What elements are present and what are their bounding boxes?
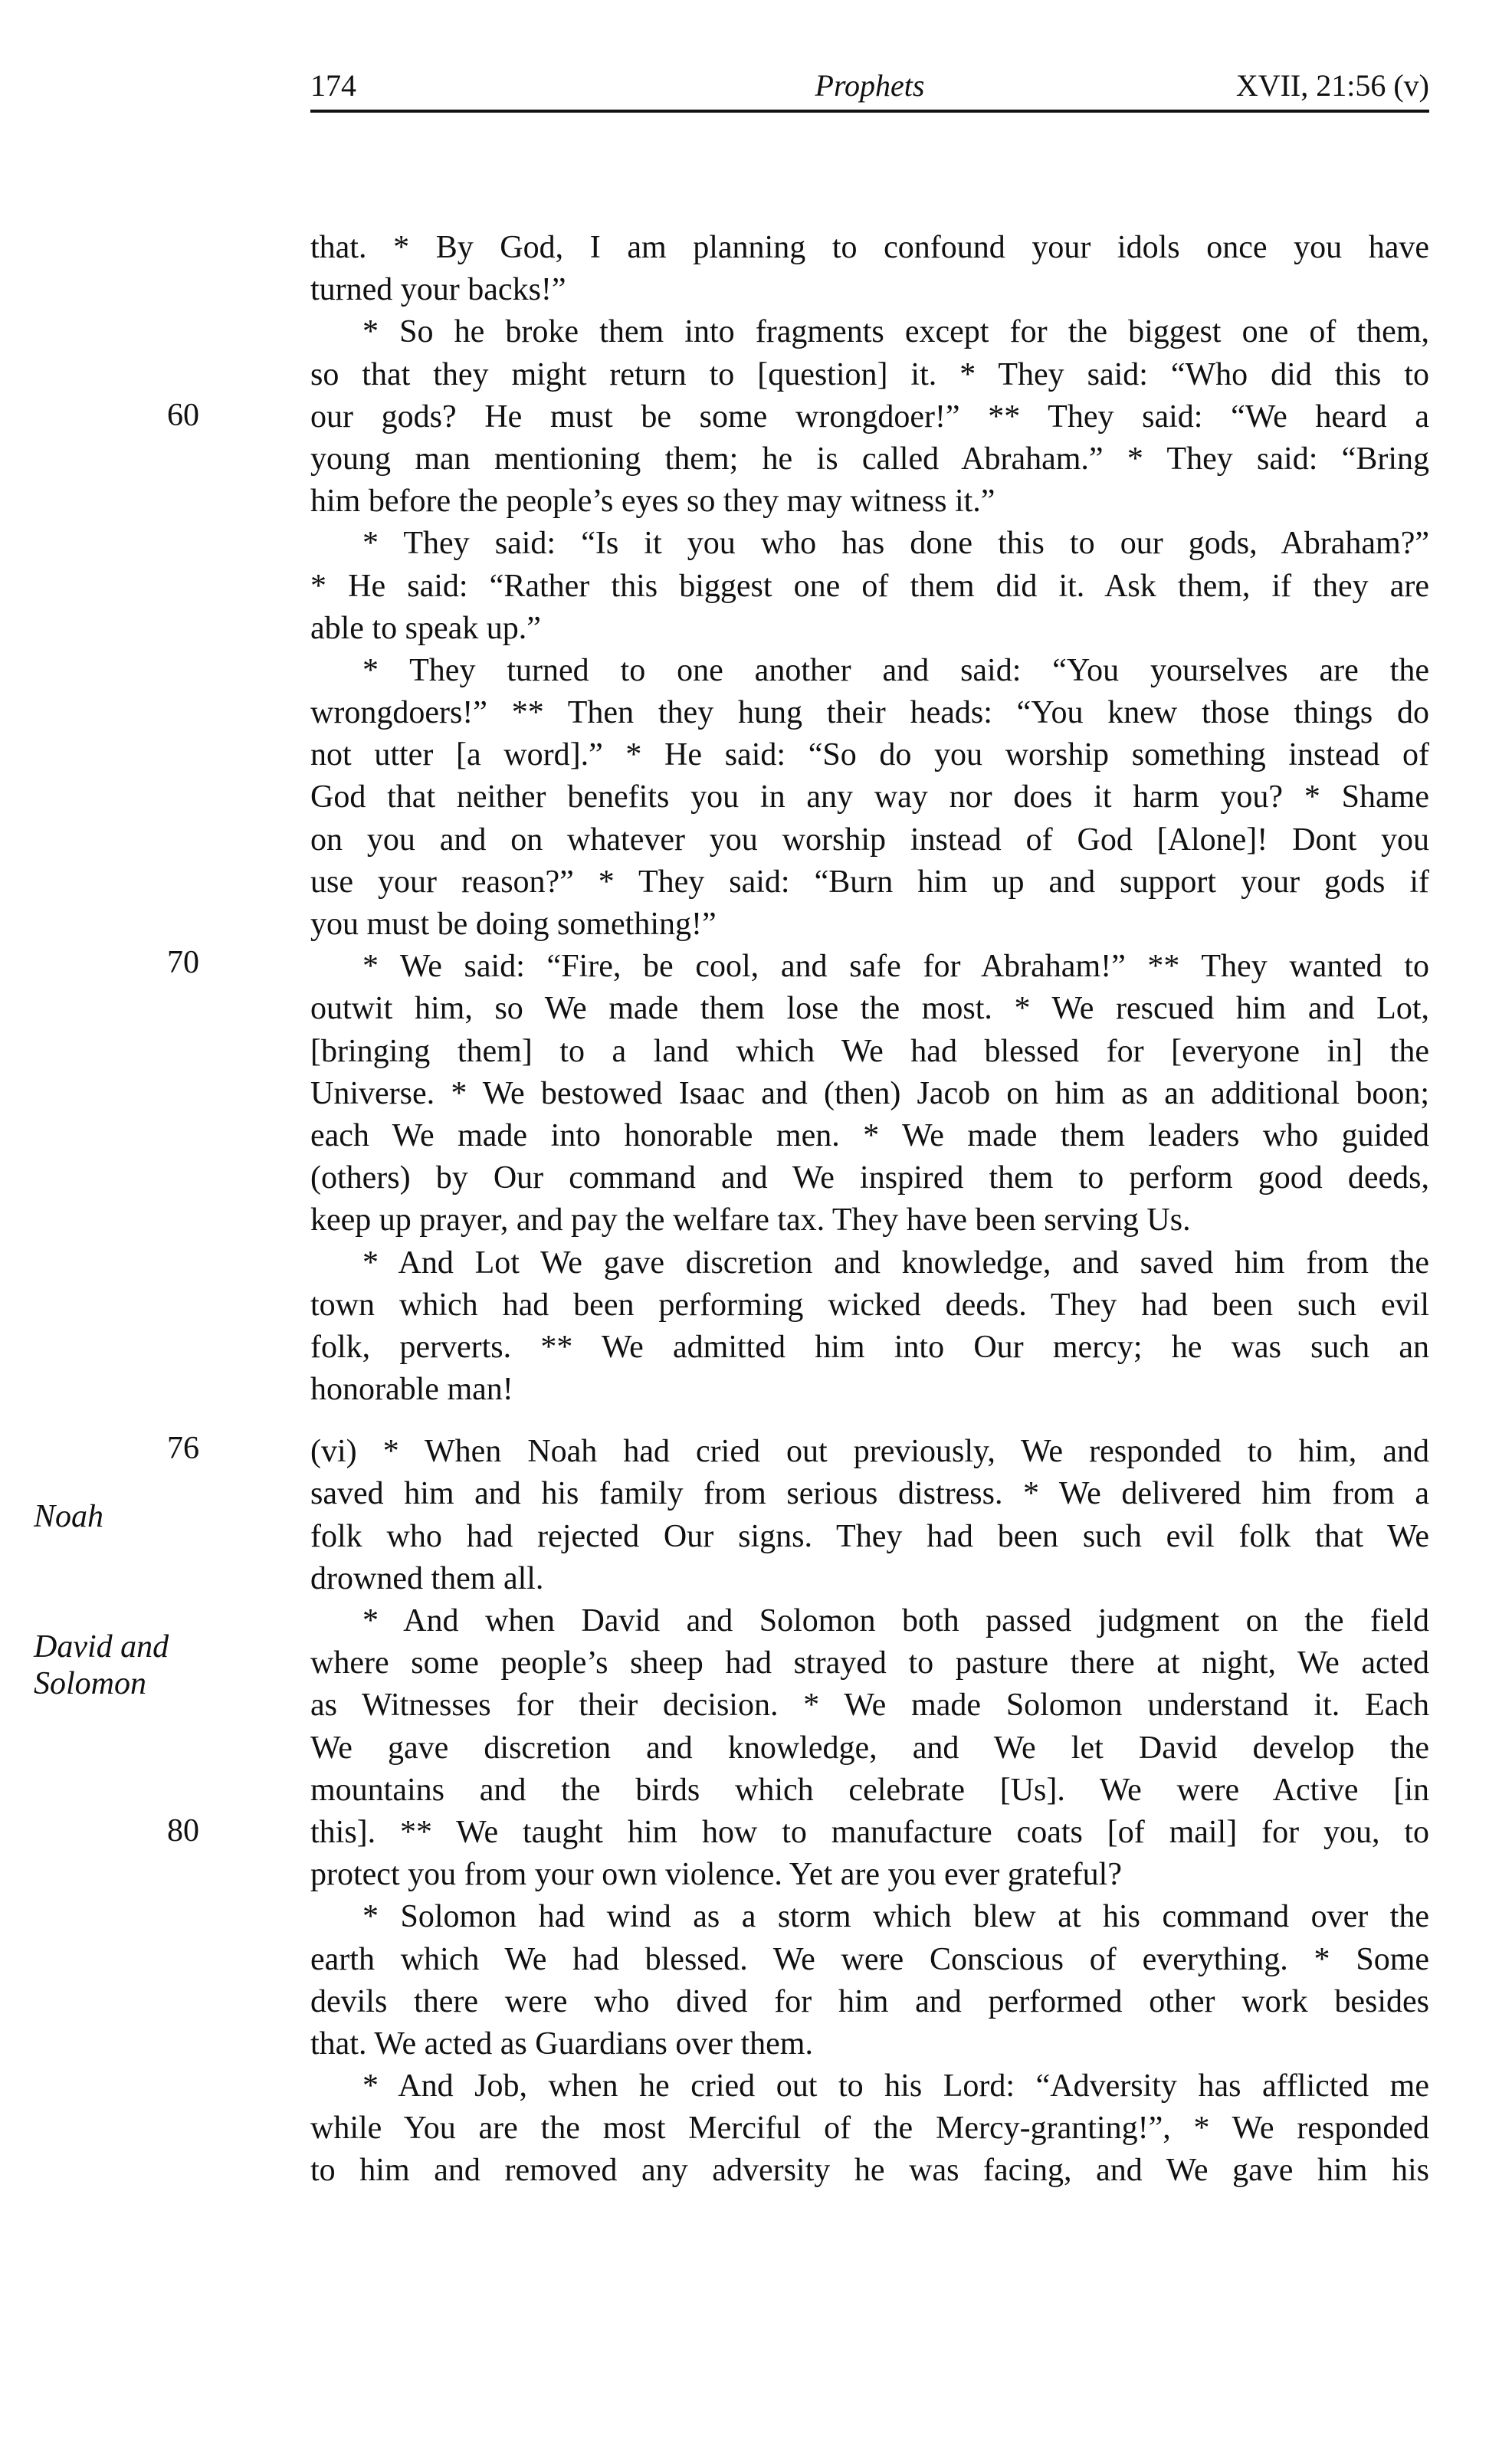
text-line: this]. ** We taught him how to manufactu… [310, 1812, 1429, 1854]
chapter-reference: XVII, 21:56 (v) [1236, 63, 1429, 109]
text-line: drowned them all. [310, 1558, 1429, 1600]
text-line: on you and on whatever you worship inste… [310, 819, 1429, 861]
text-line: keep up prayer, and pay the welfare tax.… [310, 1199, 1429, 1242]
page-number: 174 [310, 63, 356, 109]
text-line: * And Lot We gave discretion and knowled… [310, 1242, 1429, 1284]
text-line: earth which We had blessed. We were Cons… [310, 1939, 1429, 1981]
text-line: * So he broke them into fragments except… [310, 311, 1429, 353]
text-line: as Witnesses for their decision. * We ma… [310, 1684, 1429, 1727]
section-gap [310, 1411, 1429, 1431]
text-line: outwit him, so We made them lose the mos… [310, 988, 1429, 1030]
text-line: turned your backs!” [310, 269, 1429, 311]
text-line: not utter [a word].” * He said: “So do y… [310, 734, 1429, 776]
text-line: * He said: “Rather this biggest one of t… [310, 566, 1429, 608]
text-line: our gods? He must be some wrongdoer!” **… [310, 396, 1429, 438]
text-line: God that neither benefits you in any way… [310, 776, 1429, 818]
running-header: Prophets 174 XVII, 21:56 (v) [310, 63, 1429, 109]
text-line: while You are the most Merciful of the M… [310, 2108, 1429, 2150]
margin-note-solomon: Solomon [34, 1665, 146, 1702]
text-line: Universe. * We bestowed Isaac and (then)… [310, 1073, 1429, 1115]
text-line: folk, perverts. ** We admitted him into … [310, 1327, 1429, 1369]
text-line: (others) by Our command and We inspired … [310, 1157, 1429, 1199]
text-line: We gave discretion and knowledge, and We… [310, 1727, 1429, 1770]
verse-marker-70: 70 [115, 944, 199, 981]
header-rule [310, 110, 1429, 113]
text-line: * They said: “Is it you who has done thi… [310, 523, 1429, 565]
body-text: that. * By God, I am planning to confoun… [310, 227, 1429, 2193]
text-line: protect you from your own violence. Yet … [310, 1854, 1429, 1896]
margin-note-david-and: David and [34, 1629, 169, 1665]
text-line: * Solomon had wind as a storm which blew… [310, 1896, 1429, 1938]
text-line: honorable man! [310, 1369, 1429, 1411]
text-line: [bringing them] to a land which We had b… [310, 1031, 1429, 1073]
text-line: each We made into honorable men. * We ma… [310, 1115, 1429, 1157]
text-line: mountains and the birds which celebrate … [310, 1770, 1429, 1812]
text-line: young man mentioning them; he is called … [310, 438, 1429, 481]
text-line: where some people’s sheep had strayed to… [310, 1642, 1429, 1684]
text-line: saved him and his family from serious di… [310, 1473, 1429, 1515]
text-line: folk who had rejected Our signs. They ha… [310, 1516, 1429, 1558]
text-line: so that they might return to [question] … [310, 354, 1429, 396]
text-line: town which had been performing wicked de… [310, 1284, 1429, 1327]
verse-marker-60: 60 [115, 397, 199, 434]
text-line: able to speak up.” [310, 608, 1429, 650]
text-line: that. We acted as Guardians over them. [310, 2023, 1429, 2065]
text-line: * And Job, when he cried out to his Lord… [310, 2065, 1429, 2108]
verse-marker-80: 80 [115, 1812, 199, 1849]
text-line: * And when David and Solomon both passed… [310, 1600, 1429, 1642]
margin-note-noah: Noah [34, 1498, 103, 1535]
text-line: to him and removed any adversity he was … [310, 2150, 1429, 2192]
text-line: (vi) * When Noah had cried out previousl… [310, 1431, 1429, 1473]
text-line: that. * By God, I am planning to confoun… [310, 227, 1429, 269]
text-line: wrongdoers!” ** Then they hung their hea… [310, 692, 1429, 734]
text-line: * We said: “Fire, be cool, and safe for … [310, 946, 1429, 988]
text-line: use your reason?” * They said: “Burn him… [310, 861, 1429, 904]
verse-marker-76: 76 [115, 1430, 199, 1467]
text-line: devils there were who dived for him and … [310, 1981, 1429, 2023]
text-line: * They turned to one another and said: “… [310, 650, 1429, 692]
text-line: him before the people’s eyes so they may… [310, 481, 1429, 523]
text-line: you must be doing something!” [310, 904, 1429, 946]
